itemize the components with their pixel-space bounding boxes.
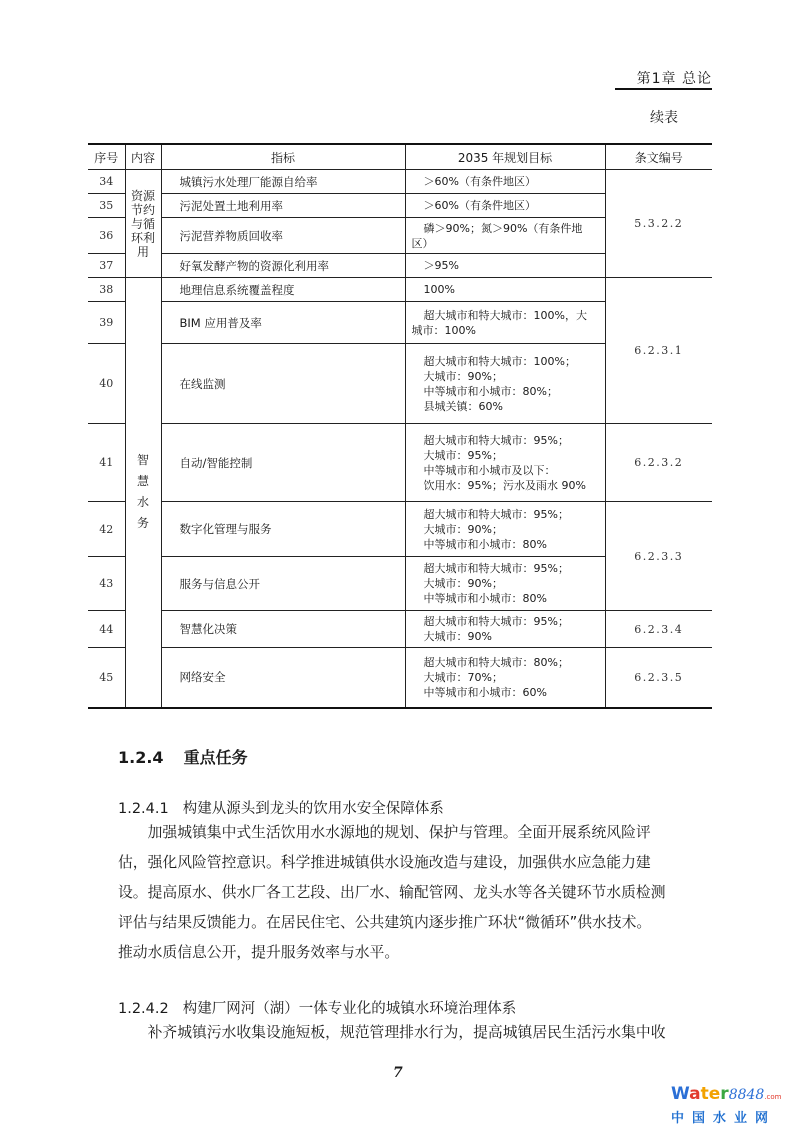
col-header-content: 内容 (125, 144, 161, 170)
brand-number: 8848 (729, 1087, 765, 1103)
indicator-cell: 网络安全 (161, 648, 405, 708)
header-rule (615, 88, 712, 90)
col-header-ref: 条文编号 (605, 144, 712, 170)
category-cell-resource: 资源 节约 与循 环利 用 (125, 170, 161, 278)
target-line: 超大城市和特大城市：80%； (412, 655, 599, 670)
brand-letter: W (671, 1084, 689, 1104)
table-row: 44 智慧化决策 超大城市和特大城市：95%； 大城市：90% 6.2.3.4 (88, 611, 712, 648)
target-line: 超大城市和特大城市：95%； (412, 561, 599, 576)
category-label-line: 慧 (126, 471, 161, 492)
category-label-line: 用 (126, 245, 161, 259)
target-line: 超大城市和特大城市：95%； (412, 433, 599, 448)
subsection-number: 1.2.4.1 (118, 801, 169, 817)
target-cell: 超大城市和特大城市：100%； 大城市：90%； 中等城市和小城市：80%； 县… (405, 344, 605, 424)
paragraph-line: 评估与结果反馈能力。在居民住宅、公共建筑内逐步推广环状“微循环”供水技术。 (118, 908, 712, 938)
table-row: 42 数字化管理与服务 超大城市和特大城市：95%； 大城市：90%； 中等城市… (88, 502, 712, 557)
ref-cell: 6.2.3.3 (605, 502, 712, 611)
row-number: 41 (88, 424, 125, 502)
row-number: 40 (88, 344, 125, 424)
target-line: 中等城市和小城市及以下： (412, 463, 599, 478)
target-cell: ＞95% (405, 254, 605, 278)
col-header-indicator: 指标 (161, 144, 405, 170)
target-cell: 超大城市和特大城市：100%，大城市：100% (405, 302, 605, 344)
indicator-cell: 地理信息系统覆盖程度 (161, 278, 405, 302)
table-header-row: 序号 内容 指标 2035 年规划目标 条文编号 (88, 144, 712, 170)
subsection-heading-2: 1.2.4.2构建厂网河（湖）一体专业化的城镇水环境治理体系 (118, 997, 516, 1018)
ref-cell: 6.2.3.5 (605, 648, 712, 708)
table-row: 45 网络安全 超大城市和特大城市：80%； 大城市：70%； 中等城市和小城市… (88, 648, 712, 708)
row-number: 35 (88, 194, 125, 218)
target-line: 大城市：90%； (412, 369, 599, 384)
target-cell: 100% (405, 278, 605, 302)
paragraph-1: 加强城镇集中式生活饮用水水源地的规划、保护与管理。全面开展系统风险评 估，强化风… (118, 818, 712, 968)
category-label-line: 水 (126, 492, 161, 513)
section-number: 1.2.4 (118, 748, 164, 767)
target-line: 中等城市和小城市：80% (412, 591, 599, 606)
paragraph-line: 加强城镇集中式生活饮用水水源地的规划、保护与管理。全面开展系统风险评 (118, 818, 712, 848)
ref-cell: 6.2.3.1 (605, 278, 712, 424)
target-cell: 超大城市和特大城市：95%； 大城市：90%； 中等城市和小城市：80% (405, 557, 605, 611)
ref-cell: 6.2.3.2 (605, 424, 712, 502)
target-line: 100% (412, 282, 599, 297)
table-row: 34 资源 节约 与循 环利 用 城镇污水处理厂能源自给率 ＞60%（有条件地区… (88, 170, 712, 194)
row-number: 38 (88, 278, 125, 302)
indicator-cell: 城镇污水处理厂能源自给率 (161, 170, 405, 194)
category-label-line: 智 (126, 450, 161, 471)
table-row: 38 智 慧 水 务 地理信息系统覆盖程度 100% 6.2.3.1 (88, 278, 712, 302)
watermark-brand: Water8848.com (671, 1085, 791, 1106)
indicator-cell: 数字化管理与服务 (161, 502, 405, 557)
continued-table-label: 续表 (650, 107, 678, 127)
indicator-cell: 自动/智能控制 (161, 424, 405, 502)
page-number: 7 (393, 1065, 403, 1081)
category-label-line: 节约 (126, 203, 161, 217)
category-label-line: 务 (126, 513, 161, 534)
indicator-cell: 在线监测 (161, 344, 405, 424)
indicator-cell: 服务与信息公开 (161, 557, 405, 611)
target-cell: 磷＞90%；氮＞90%（有条件地区） (405, 218, 605, 254)
target-line: 超大城市和特大城市：100%； (412, 354, 599, 369)
category-label-line: 环利 (126, 231, 161, 245)
target-cell: 超大城市和特大城市：95%； 大城市：95%； 中等城市和小城市及以下： 饮用水… (405, 424, 605, 502)
target-line: 区） (412, 237, 434, 250)
paragraph-line: 推动水质信息公开，提升服务效率与水平。 (118, 938, 712, 968)
target-cell: ＞60%（有条件地区） (405, 194, 605, 218)
section-heading: 1.2.4重点任务 (118, 745, 248, 768)
row-number: 44 (88, 611, 125, 648)
target-line: 县城关镇：60% (412, 399, 599, 414)
row-number: 45 (88, 648, 125, 708)
indicator-cell: 污泥处置土地利用率 (161, 194, 405, 218)
target-line: 大城市：95%； (412, 448, 599, 463)
target-line: 中等城市和小城市：80%； (412, 384, 599, 399)
paragraph-line: 估，强化风险管控意识。科学推进城镇供水设施改造与建设，加强供水应急能力建 (118, 848, 712, 878)
target-line: 中等城市和小城市：60% (412, 685, 599, 700)
paragraph-line: 补齐城镇污水收集设施短板，规范管理排水行为，提高城镇居民生活污水集中收 (118, 1018, 712, 1048)
running-header-chapter: 第1章 总论 (615, 68, 712, 88)
paragraph-line: 设。提高原水、供水厂各工艺段、出厂水、输配管网、龙头水等各关键环节水质检测 (118, 878, 712, 908)
indicator-cell: BIM 应用普及率 (161, 302, 405, 344)
target-line: 大城市：70%； (412, 670, 599, 685)
target-line: 大城市：90%； (412, 576, 599, 591)
row-number: 37 (88, 254, 125, 278)
target-line: 大城市：90% (412, 629, 599, 644)
category-label-line: 与循 (126, 217, 161, 231)
target-line: 中等城市和小城市：80% (412, 537, 599, 552)
ref-cell: 5.3.2.2 (605, 170, 712, 278)
target-cell: ＞60%（有条件地区） (405, 170, 605, 194)
row-number: 43 (88, 557, 125, 611)
indicator-cell: 好氧发酵产物的资源化利用率 (161, 254, 405, 278)
section-title-text: 重点任务 (184, 748, 248, 767)
brand-letter: a (689, 1084, 700, 1104)
target-line: 超大城市和特大城市：95%； (412, 507, 599, 522)
target-line: ＞95% (412, 258, 599, 273)
subsection-heading-1: 1.2.4.1构建从源头到龙头的饮用水安全保障体系 (118, 797, 444, 818)
target-cell: 超大城市和特大城市：95%； 大城市：90% (405, 611, 605, 648)
brand-letter: te (701, 1084, 721, 1104)
target-line: ＞60%（有条件地区） (412, 198, 599, 213)
watermark-subtitle: 中国水业网 (671, 1107, 791, 1126)
row-number: 39 (88, 302, 125, 344)
target-line: 城市：100% (412, 324, 476, 337)
target-cell: 超大城市和特大城市：95%； 大城市：90%； 中等城市和小城市：80% (405, 502, 605, 557)
subsection-title: 构建厂网河（湖）一体专业化的城镇水环境治理体系 (183, 1001, 517, 1017)
row-number: 36 (88, 218, 125, 254)
target-line: 磷＞90%；氮＞90%（有条件地 (412, 222, 583, 235)
brand-suffix: .com (764, 1093, 781, 1101)
col-header-no: 序号 (88, 144, 125, 170)
row-number: 34 (88, 170, 125, 194)
brand-letter: r (720, 1084, 728, 1104)
indicator-table: 序号 内容 指标 2035 年规划目标 条文编号 34 资源 节约 与循 环利 … (88, 143, 712, 709)
indicator-cell: 智慧化决策 (161, 611, 405, 648)
col-header-target: 2035 年规划目标 (405, 144, 605, 170)
category-label-line: 资源 (126, 189, 161, 203)
target-line: 超大城市和特大城市：95%； (412, 614, 599, 629)
subsection-number: 1.2.4.2 (118, 1001, 169, 1017)
target-line: 大城市：90%； (412, 522, 599, 537)
target-cell: 超大城市和特大城市：80%； 大城市：70%； 中等城市和小城市：60% (405, 648, 605, 708)
target-line: ＞60%（有条件地区） (412, 174, 599, 189)
table-row: 41 自动/智能控制 超大城市和特大城市：95%； 大城市：95%； 中等城市和… (88, 424, 712, 502)
row-number: 42 (88, 502, 125, 557)
paragraph-2: 补齐城镇污水收集设施短板，规范管理排水行为，提高城镇居民生活污水集中收 (118, 1018, 712, 1048)
subsection-title: 构建从源头到龙头的饮用水安全保障体系 (183, 801, 444, 817)
watermark-logo: Water8848.com 中国水业网 (671, 1085, 791, 1126)
target-line: 饮用水：95%；污水及雨水 90% (412, 478, 599, 493)
indicator-cell: 污泥营养物质回收率 (161, 218, 405, 254)
target-line: 超大城市和特大城市：100%，大 (412, 309, 587, 322)
category-cell-smart-water: 智 慧 水 务 (125, 278, 161, 708)
ref-cell: 6.2.3.4 (605, 611, 712, 648)
